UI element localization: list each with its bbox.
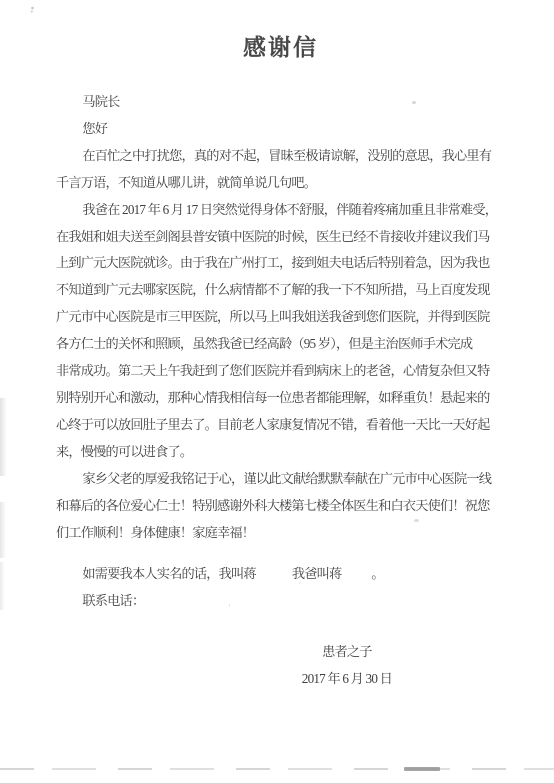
letter-line: 家乡父老的厚爱我铭记于心，谨以此文献给默默奉献在广元市中心医院一线 bbox=[56, 466, 492, 493]
redacted-name: · bbox=[256, 568, 292, 578]
scan-artifact bbox=[29, 4, 36, 14]
scan-edge-shadow bbox=[0, 502, 6, 558]
letter-line: 非常成功。第二天上午我赶到了您们医院并看到病床上的老爸，心情复杂但又特 bbox=[56, 358, 492, 385]
letter-line: 来，慢慢的可以进食了。 bbox=[56, 439, 492, 466]
scan-bottom-edge bbox=[0, 768, 554, 770]
letter-body: 马院长您好在百忙之中打扰您，真的对不起，冒昧至极请谅解，没别的意思，我心里有千言… bbox=[56, 89, 492, 692]
erasure-remnant-mark: ' bbox=[202, 595, 229, 622]
realname-line: 如需要我本人实名的话，我叫蒋·我爸叫蒋。 bbox=[56, 561, 492, 588]
letter-line: 马院长 bbox=[56, 89, 492, 116]
letter-lines: 马院长您好在百忙之中打扰您，真的对不起，冒昧至极请谅解，没别的意思，我心里有千言… bbox=[56, 89, 492, 546]
erasure-remnant-mark: · bbox=[272, 570, 307, 597]
letter-line: 和幕后的各位爱心仁士！特别感谢外科大楼第七楼全体医生和白衣天使们！祝您 bbox=[56, 493, 492, 520]
scanned-letter-page: 感谢信 马院长您好在百忙之中打扰您，真的对不起，冒昧至极请谅解，没别的意思，我心… bbox=[0, 0, 554, 783]
signature-name: 患者之子 bbox=[302, 638, 392, 665]
letter-title: 感谢信 bbox=[0, 29, 554, 62]
scan-edge-shadow bbox=[0, 398, 7, 476]
letter-line: 不知道到广元去哪家医院，什么病情都不了解的我一下不知所措，马上百度发现 bbox=[56, 277, 492, 304]
realname-prefix: 如需要我本人实名的话，我叫蒋 bbox=[82, 566, 255, 581]
letter-line: 上到广元大医院就诊。由于我在广州打工，接到姐夫电话后特别着急，因为我也 bbox=[56, 250, 492, 277]
redacted-name bbox=[341, 568, 371, 578]
letter-line: 别特别开心和激动，那种心情我相信每一位患者都能理解，如释重负！悬起来的 bbox=[56, 385, 492, 412]
redacted-phone: ' bbox=[144, 595, 234, 605]
letter-line: 们工作顺利！身体健康！家庭幸福！ bbox=[56, 520, 492, 547]
letter-line: 在我姐和姐夫送至剑阁县普安镇中医院的时候，医生已经不肯接收并建议我们马 bbox=[56, 224, 492, 251]
realname-suffix: 。 bbox=[371, 566, 383, 581]
letter-line: 广元市中心医院是市三甲医院，所以马上叫我姐送我爸到您们医院，并得到医院 bbox=[56, 304, 492, 331]
letter-line: 您好 bbox=[56, 116, 492, 143]
scan-bottom-edge bbox=[404, 767, 440, 771]
letter-line: 在百忙之中打扰您，真的对不起，冒昧至极请谅解，没别的意思，我心里有 bbox=[56, 143, 492, 170]
signature-date: 2017 年 6 月 30 日 bbox=[302, 665, 392, 692]
signature-block: 患者之子 2017 年 6 月 30 日 bbox=[302, 638, 392, 692]
letter-line: 千言万语，不知道从哪儿讲，就简单说几句吧。 bbox=[56, 170, 492, 197]
letter-line: 我爸在 2017 年 6 月 17 日突然觉得身体不舒服，伴随着疼痛加重且非常难… bbox=[56, 197, 492, 224]
contact-label: 联系电话： bbox=[82, 593, 144, 608]
letter-line: 心终于可以放回肚子里去了。目前老人家康复情况不错，看着他一天比一天好起 bbox=[56, 412, 492, 439]
letter-line: 各方仁士的关怀和照顾，虽然我爸已经高龄（95 岁），但是主治医师手术完成 bbox=[56, 331, 492, 358]
scan-edge-shadow bbox=[0, 562, 5, 610]
